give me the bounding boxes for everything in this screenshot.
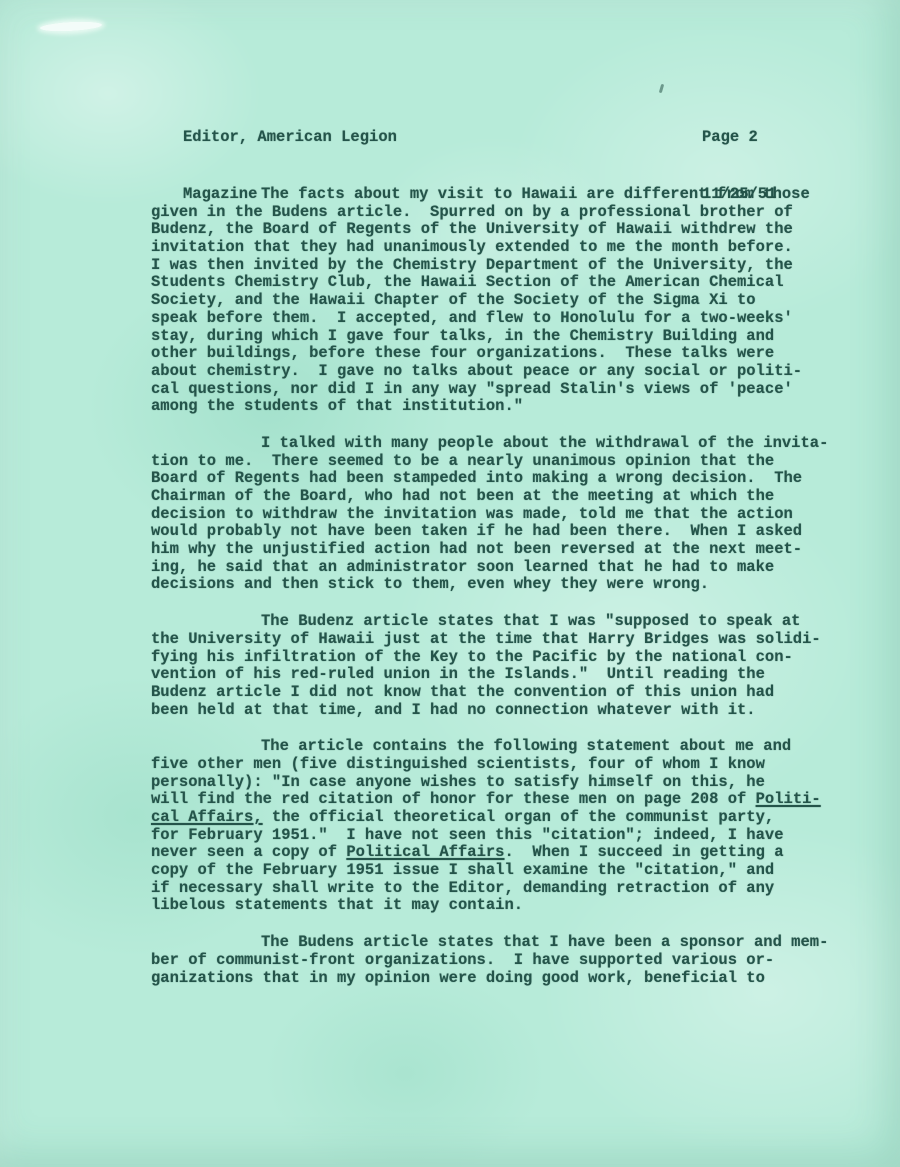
text-segment: copy of the February 1951 issue I shall …	[151, 861, 774, 879]
text-line: Students Chemistry Club, the Hawaii Sect…	[151, 274, 851, 292]
text-segment: among the students of that institution."	[151, 397, 523, 415]
text-segment: I was then invited by the Chemistry Depa…	[151, 256, 793, 274]
paragraph: The Budenz article states that I was "su…	[151, 613, 851, 719]
paragraph: The facts about my visit to Hawaii are d…	[151, 186, 851, 416]
text-line: would probably not have been taken if he…	[151, 523, 851, 541]
text-segment: The article contains the following state…	[261, 737, 791, 755]
letter-page: Editor, American Legion Magazine Page 2 …	[0, 0, 900, 1167]
text-line: libelous statements that it may contain.	[151, 897, 851, 915]
text-segment: The facts about my visit to Hawaii are d…	[261, 185, 810, 203]
text-segment: libelous statements that it may contain.	[151, 896, 523, 914]
text-segment: Budenz, the Board of Regents of the Univ…	[151, 220, 793, 238]
text-segment: stay, during which I gave four talks, in…	[151, 327, 774, 345]
text-segment: tion to me. There seemed to be a nearly …	[151, 452, 774, 470]
text-line: ing, he said that an administrator soon …	[151, 559, 851, 577]
text-segment: would probably not have been taken if he…	[151, 522, 802, 540]
text-segment: given in the Budens article. Spurred on …	[151, 203, 793, 221]
text-line: Society, and the Hawaii Chapter of the S…	[151, 292, 851, 310]
text-segment: the official theoretical organ of the co…	[263, 808, 775, 826]
ink-speck	[659, 84, 664, 93]
text-line: personally): "In case anyone wishes to s…	[151, 774, 851, 792]
text-line: vention of his red-ruled union in the Is…	[151, 666, 851, 684]
text-segment: The Budens article states that I have be…	[261, 933, 828, 951]
text-segment: invitation that they had unanimously ext…	[151, 238, 793, 256]
paragraph: The article contains the following state…	[151, 738, 851, 915]
paragraph: I talked with many people about the with…	[151, 435, 851, 594]
page-number: Page 2	[702, 128, 776, 147]
underlined-text: Political Affairs	[346, 843, 504, 861]
text-segment: Budenz article I did not know that the c…	[151, 683, 774, 701]
text-line: him why the unjustified action had not b…	[151, 541, 851, 559]
text-segment: decision to withdraw the invitation was …	[151, 505, 793, 523]
text-line: The facts about my visit to Hawaii are d…	[151, 186, 851, 204]
text-segment: Board of Regents had been stampeded into…	[151, 469, 802, 487]
text-line: fying his infiltration of the Key to the…	[151, 649, 851, 667]
text-segment: been held at that time, and I had no con…	[151, 701, 756, 719]
text-line: given in the Budens article. Spurred on …	[151, 204, 851, 222]
text-line: if necessary shall write to the Editor, …	[151, 880, 851, 898]
text-line: decisions and then stick to them, even w…	[151, 576, 851, 594]
text-line: Budenz, the Board of Regents of the Univ…	[151, 221, 851, 239]
text-line: The article contains the following state…	[151, 738, 851, 756]
text-line: been held at that time, and I had no con…	[151, 702, 851, 720]
text-line: Chairman of the Board, who had not been …	[151, 488, 851, 506]
text-line: invitation that they had unanimously ext…	[151, 239, 851, 257]
text-line: Budenz article I did not know that the c…	[151, 684, 851, 702]
text-line: the University of Hawaii just at the tim…	[151, 631, 851, 649]
text-segment: other buildings, before these four organ…	[151, 344, 774, 362]
recipient-line-1: Editor, American Legion	[183, 128, 397, 147]
text-line: never seen a copy of Political Affairs. …	[151, 844, 851, 862]
text-segment: if necessary shall write to the Editor, …	[151, 879, 774, 897]
text-segment: ber of communist-front organizations. I …	[151, 951, 774, 969]
text-segment: ganizations that in my opinion were doin…	[151, 969, 765, 987]
text-line: stay, during which I gave four talks, in…	[151, 328, 851, 346]
text-segment: Society, and the Hawaii Chapter of the S…	[151, 291, 756, 309]
underlined-text: Politi-	[756, 790, 821, 808]
text-line: will find the red citation of honor for …	[151, 791, 851, 809]
text-line: I talked with many people about the with…	[151, 435, 851, 453]
text-segment: The Budenz article states that I was "su…	[261, 612, 801, 630]
text-line: decision to withdraw the invitation was …	[151, 506, 851, 524]
text-line: among the students of that institution."	[151, 398, 851, 416]
text-segment: for February 1951." I have not seen this…	[151, 826, 784, 844]
text-line: copy of the February 1951 issue I shall …	[151, 862, 851, 880]
text-line: for February 1951." I have not seen this…	[151, 827, 851, 845]
text-segment: ing, he said that an administrator soon …	[151, 558, 774, 576]
text-segment: Chairman of the Board, who had not been …	[151, 487, 774, 505]
text-segment: him why the unjustified action had not b…	[151, 540, 802, 558]
text-line: cal Affairs, the official theoretical or…	[151, 809, 851, 827]
text-line: cal questions, nor did I in any way "spr…	[151, 381, 851, 399]
text-segment: about chemistry. I gave no talks about p…	[151, 362, 802, 380]
text-segment: will find the red citation of honor for …	[151, 790, 756, 808]
text-segment: five other men (five distinguished scien…	[151, 755, 765, 773]
text-segment: fying his infiltration of the Key to the…	[151, 648, 793, 666]
text-line: other buildings, before these four organ…	[151, 345, 851, 363]
text-line: tion to me. There seemed to be a nearly …	[151, 453, 851, 471]
text-line: ber of communist-front organizations. I …	[151, 952, 851, 970]
text-line: speak before them. I accepted, and flew …	[151, 310, 851, 328]
text-line: five other men (five distinguished scien…	[151, 756, 851, 774]
text-line: ganizations that in my opinion were doin…	[151, 970, 851, 988]
paragraph: The Budens article states that I have be…	[151, 934, 851, 987]
text-line: The Budenz article states that I was "su…	[151, 613, 851, 631]
text-segment: decisions and then stick to them, even w…	[151, 575, 709, 593]
text-segment: vention of his red-ruled union in the Is…	[151, 665, 765, 683]
text-segment: never seen a copy of	[151, 843, 346, 861]
underlined-text: cal Affairs,	[151, 808, 263, 826]
text-line: The Budens article states that I have be…	[151, 934, 851, 952]
text-segment: the University of Hawaii just at the tim…	[151, 630, 821, 648]
text-line: I was then invited by the Chemistry Depa…	[151, 257, 851, 275]
text-segment: Students Chemistry Club, the Hawaii Sect…	[151, 273, 784, 291]
text-segment: cal questions, nor did I in any way "spr…	[151, 380, 793, 398]
text-segment: I talked with many people about the with…	[261, 434, 828, 452]
paper-blemish	[40, 20, 102, 32]
text-line: Board of Regents had been stampeded into…	[151, 470, 851, 488]
text-segment: speak before them. I accepted, and flew …	[151, 309, 793, 327]
text-segment: personally): "In case anyone wishes to s…	[151, 773, 765, 791]
letter-body: The facts about my visit to Hawaii are d…	[151, 186, 851, 987]
text-line: about chemistry. I gave no talks about p…	[151, 363, 851, 381]
text-segment: . When I succeed in getting a	[504, 843, 783, 861]
